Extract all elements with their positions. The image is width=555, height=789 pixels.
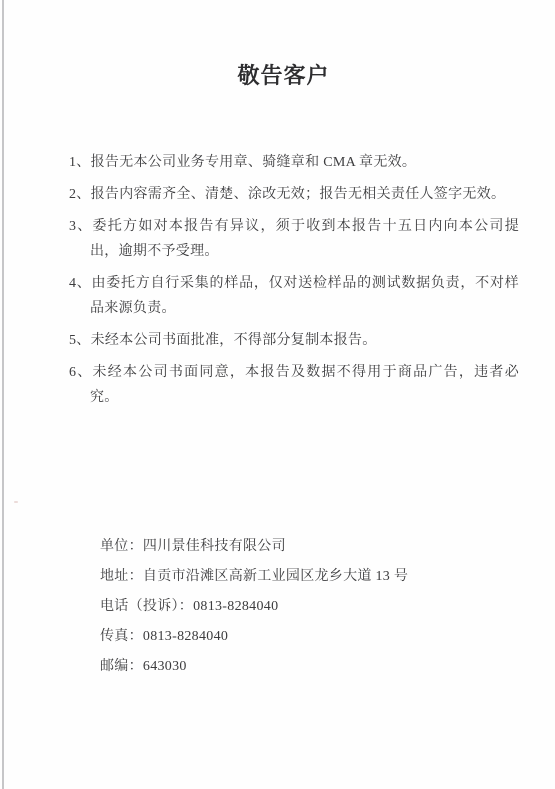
notice-list: 1、报告无本公司业务专用章、骑缝章和 CMA 章无效。 2、报告内容需齐全、清楚… [69,150,519,417]
document-page: 敬告客户 1、报告无本公司业务专用章、骑缝章和 CMA 章无效。 2、报告内容需… [0,0,555,789]
contact-label-fax: 传真： [100,629,143,644]
notice-item-4: 4、由委托方自行采集的样品，仅对送检样品的测试数据负责，不对样品来源负责。 [69,271,519,321]
contact-row-company: 单位：四川景佳科技有限公司 [100,532,408,562]
contact-value-fax: 0813-8284040 [143,629,228,644]
contact-row-phone: 电话（投诉）：0813-8284040 [100,592,408,622]
contact-value-phone: 0813-8284040 [193,599,278,614]
contact-label-address: 地址： [100,569,143,584]
notice-item-2: 2、报告内容需齐全、清楚、涂改无效；报告无相关责任人签字无效。 [69,182,519,207]
contact-label-company: 单位： [100,539,143,554]
contact-label-phone: 电话（投诉）： [100,599,193,614]
contact-label-postcode: 邮编： [100,659,143,674]
contact-block: 单位：四川景佳科技有限公司 地址：自贡市沿滩区高新工业园区龙乡大道 13 号 电… [100,532,408,682]
contact-row-postcode: 邮编：643030 [100,652,408,682]
notice-item-1: 1、报告无本公司业务专用章、骑缝章和 CMA 章无效。 [69,150,519,175]
contact-value-address: 自贡市沿滩区高新工业园区龙乡大道 13 号 [143,569,408,584]
scan-speck [14,501,18,503]
notice-item-3: 3、委托方如对本报告有异议，须于收到本报告十五日内向本公司提出，逾期不予受理。 [69,214,519,264]
scan-edge-line [2,0,4,789]
page-title: 敬告客户 [0,63,555,88]
contact-row-fax: 传真：0813-8284040 [100,622,408,652]
notice-item-5: 5、未经本公司书面批准，不得部分复制本报告。 [69,328,519,353]
contact-value-company: 四川景佳科技有限公司 [143,539,286,554]
contact-row-address: 地址：自贡市沿滩区高新工业园区龙乡大道 13 号 [100,562,408,592]
contact-value-postcode: 643030 [143,659,187,674]
notice-item-6: 6、未经本公司书面同意，本报告及数据不得用于商品广告，违者必究。 [69,360,519,410]
